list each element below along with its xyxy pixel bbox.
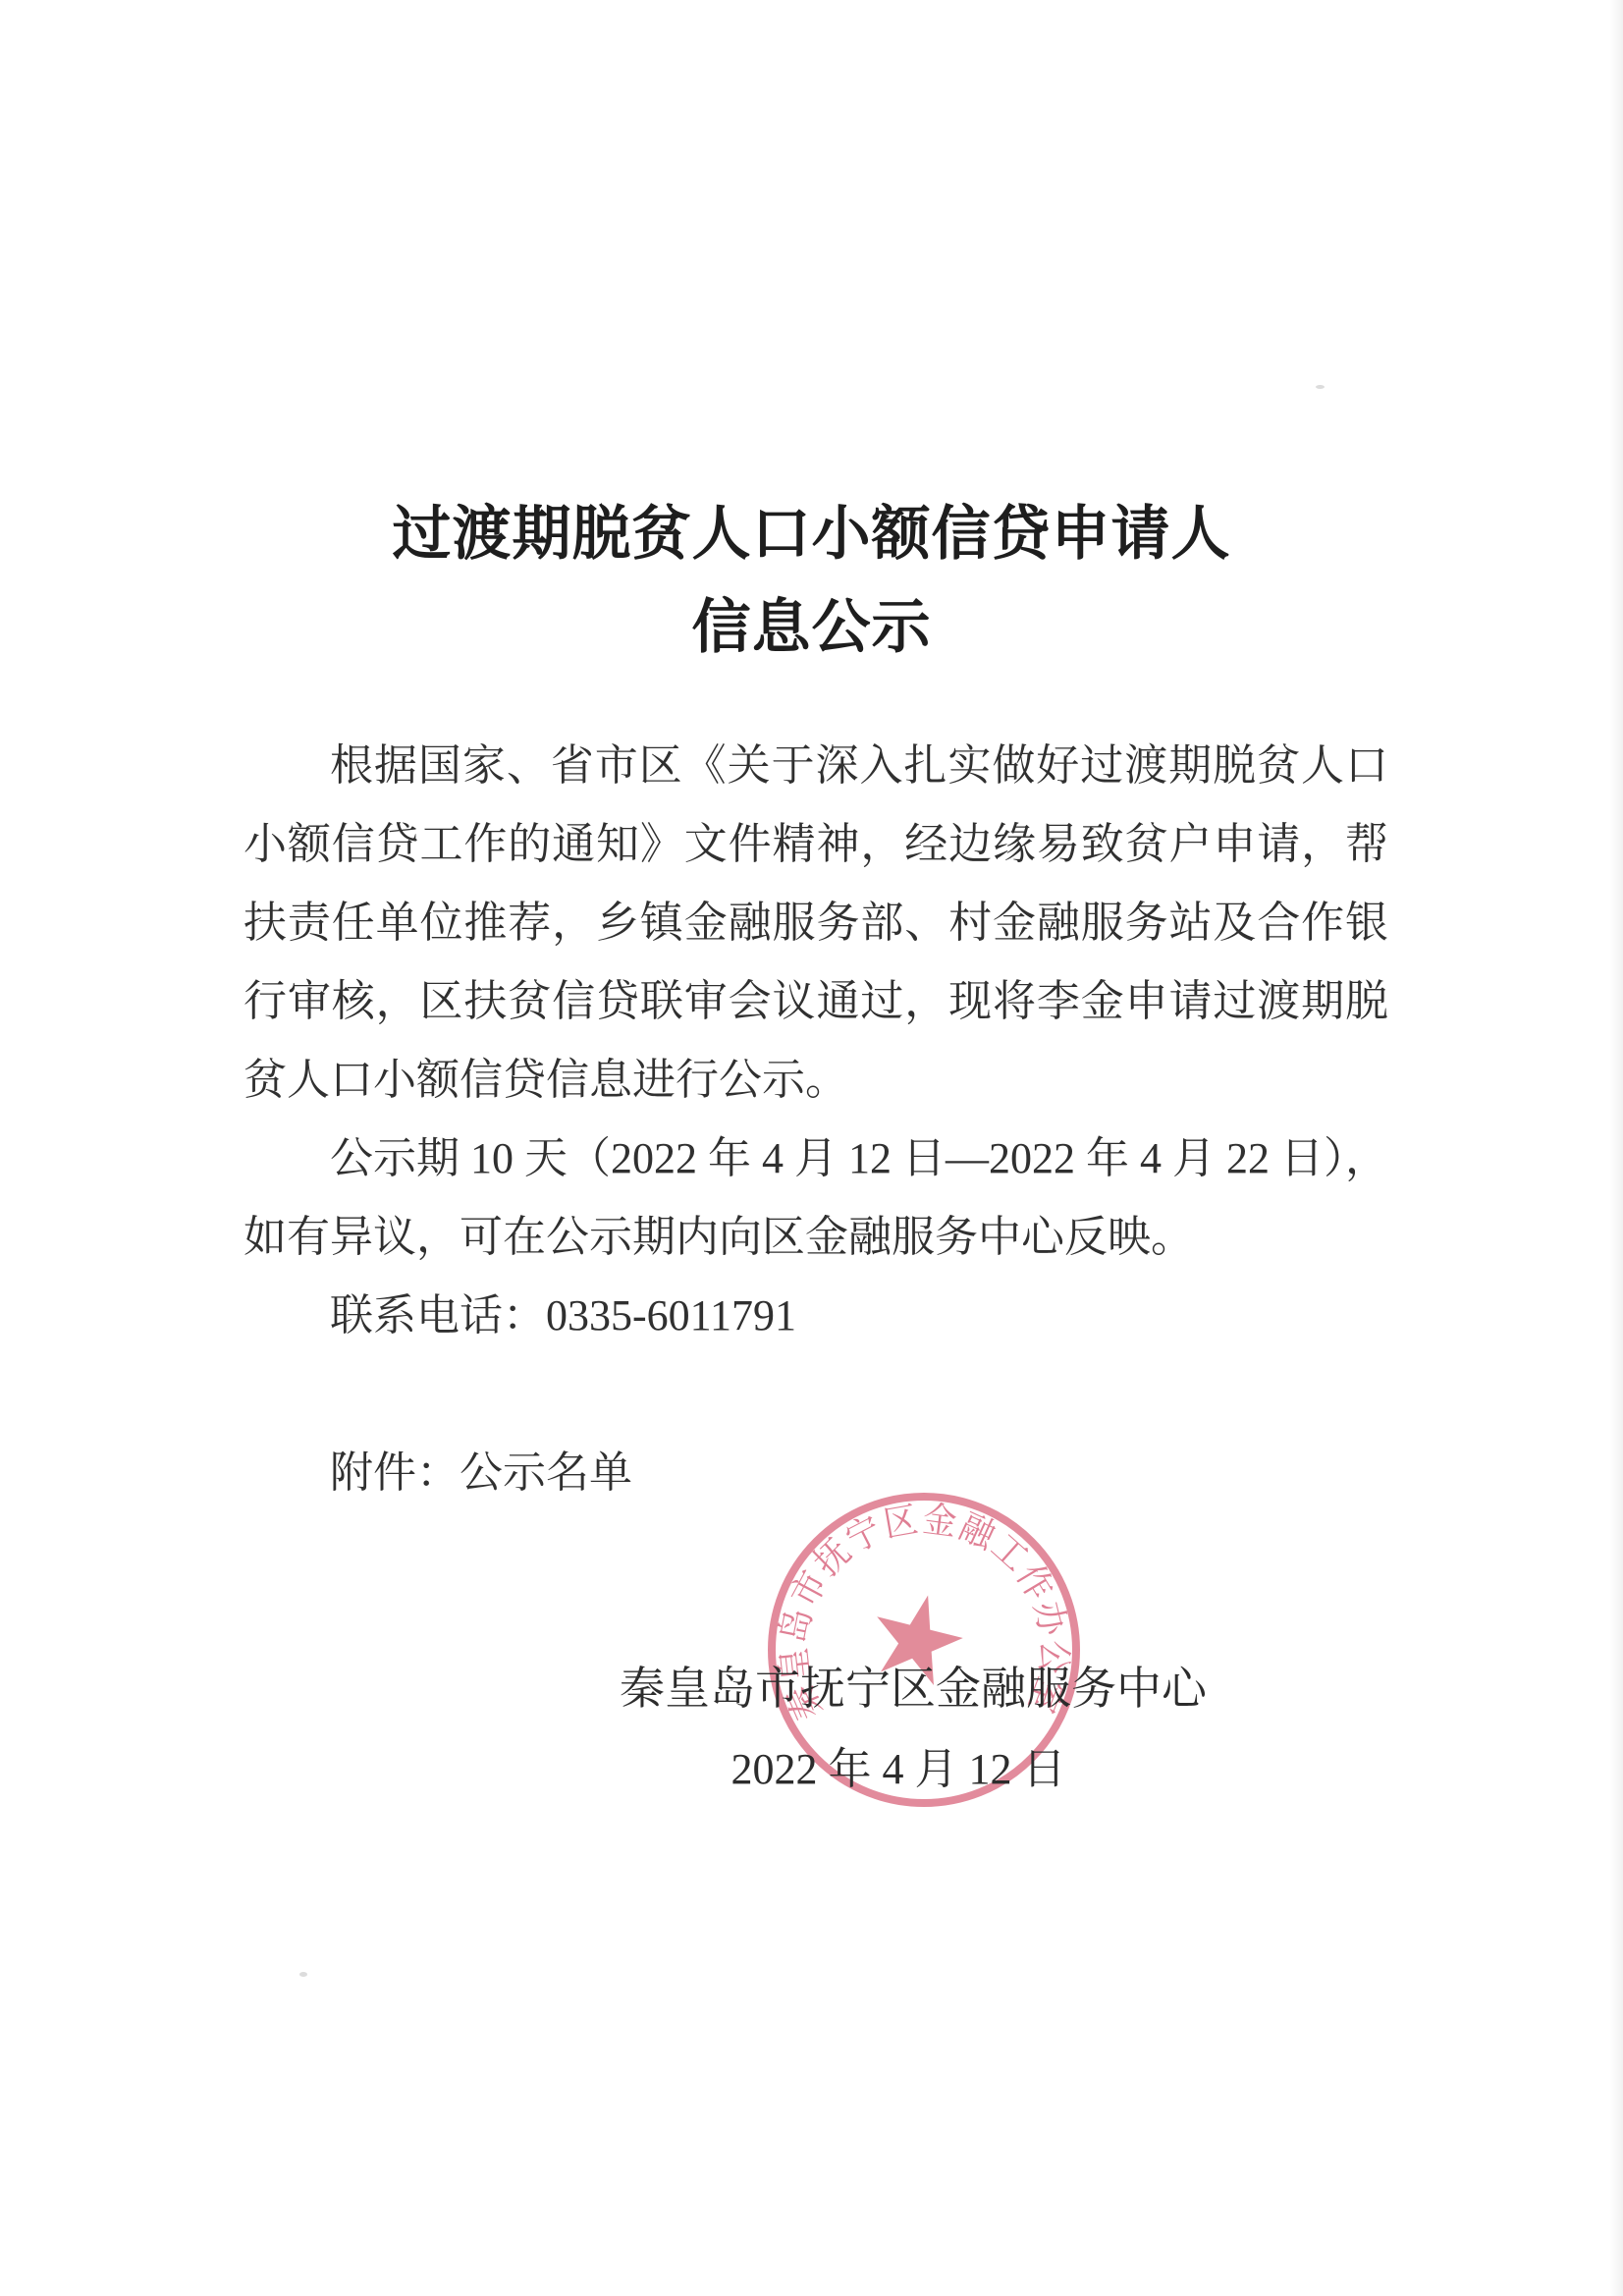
document-title: 过渡期脱贫人口小额信贷申请人 信息公示 — [0, 488, 1623, 675]
document-page: 过渡期脱贫人口小额信贷申请人 信息公示 根据国家、省市区《关于深入扎实做好过渡期… — [0, 0, 1623, 2296]
scan-speck — [1316, 385, 1325, 389]
attachment-line: 附件：公示名单 — [243, 1434, 1388, 1512]
contact-phone-line: 联系电话：0335-6011791 — [243, 1277, 1388, 1355]
title-line-2: 信息公示 — [0, 581, 1623, 675]
scan-edge-shadow — [1609, 0, 1623, 2296]
signature-organization: 秦皇岛市抚宁区金融服务中心 — [589, 1662, 1237, 1717]
signature-date: 2022 年 4 月 12 日 — [687, 1743, 1109, 1796]
document-body: 根据国家、省市区《关于深入扎实做好过渡期脱贫人口小额信贷工作的通知》文件精神，经… — [243, 727, 1388, 1512]
title-line-1: 过渡期脱贫人口小额信贷申请人 — [0, 488, 1623, 581]
scan-speck — [299, 1972, 307, 1977]
paragraph-publicity-period: 公示期 10 天（2022 年 4 月 12 日—2022 年 4 月 22 日… — [243, 1120, 1388, 1277]
paragraph-notice: 根据国家、省市区《关于深入扎实做好过渡期脱贫人口小额信贷工作的通知》文件精神，经… — [243, 727, 1388, 1120]
